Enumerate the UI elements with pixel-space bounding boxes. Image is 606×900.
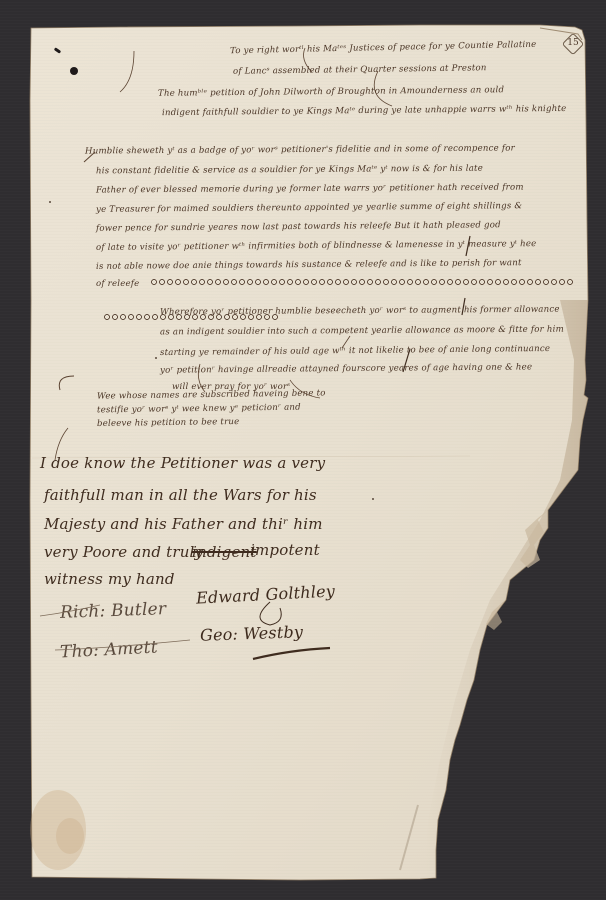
ink-blot bbox=[70, 67, 78, 75]
stray-dot bbox=[49, 201, 51, 203]
manuscript-page bbox=[0, 0, 606, 900]
stray-dot bbox=[155, 357, 157, 359]
folio-number: 15 bbox=[566, 36, 580, 50]
stray-dot bbox=[372, 498, 374, 500]
